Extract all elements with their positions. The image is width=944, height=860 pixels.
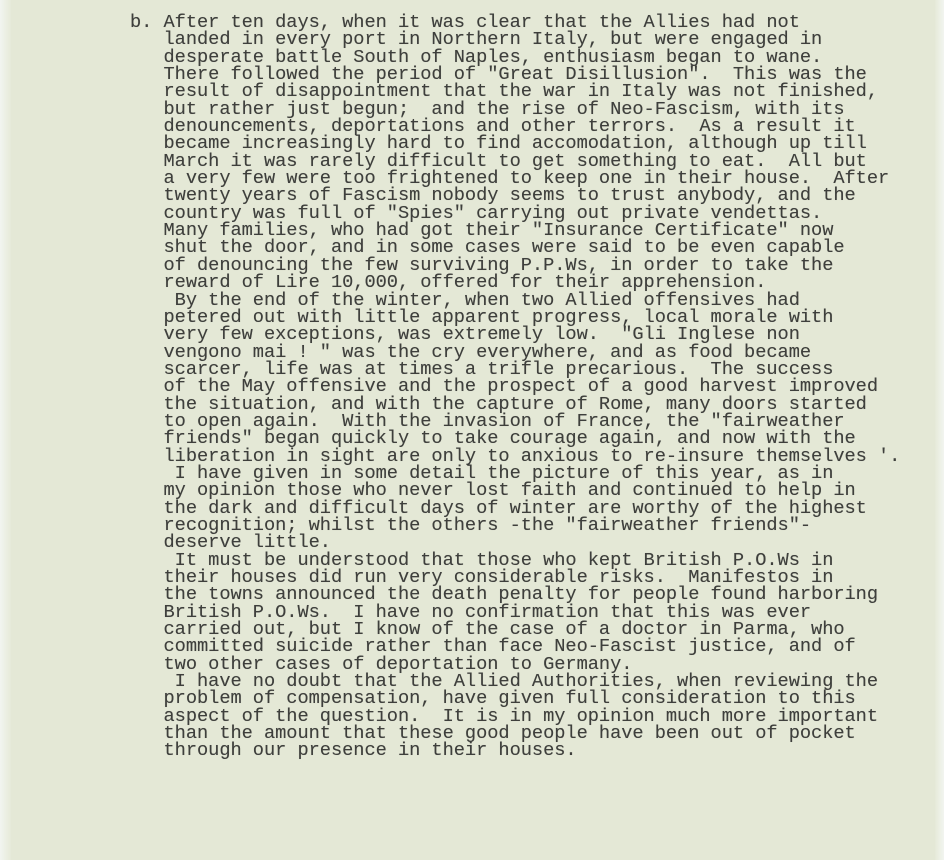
- typewritten-text-body: b. After ten days, when it was clear tha…: [130, 14, 900, 760]
- document-page: b. After ten days, when it was clear tha…: [0, 0, 944, 860]
- page-edge-right: [935, 0, 944, 860]
- page-edge-left: [0, 0, 11, 860]
- text-line: through our presence in their houses.: [130, 742, 900, 759]
